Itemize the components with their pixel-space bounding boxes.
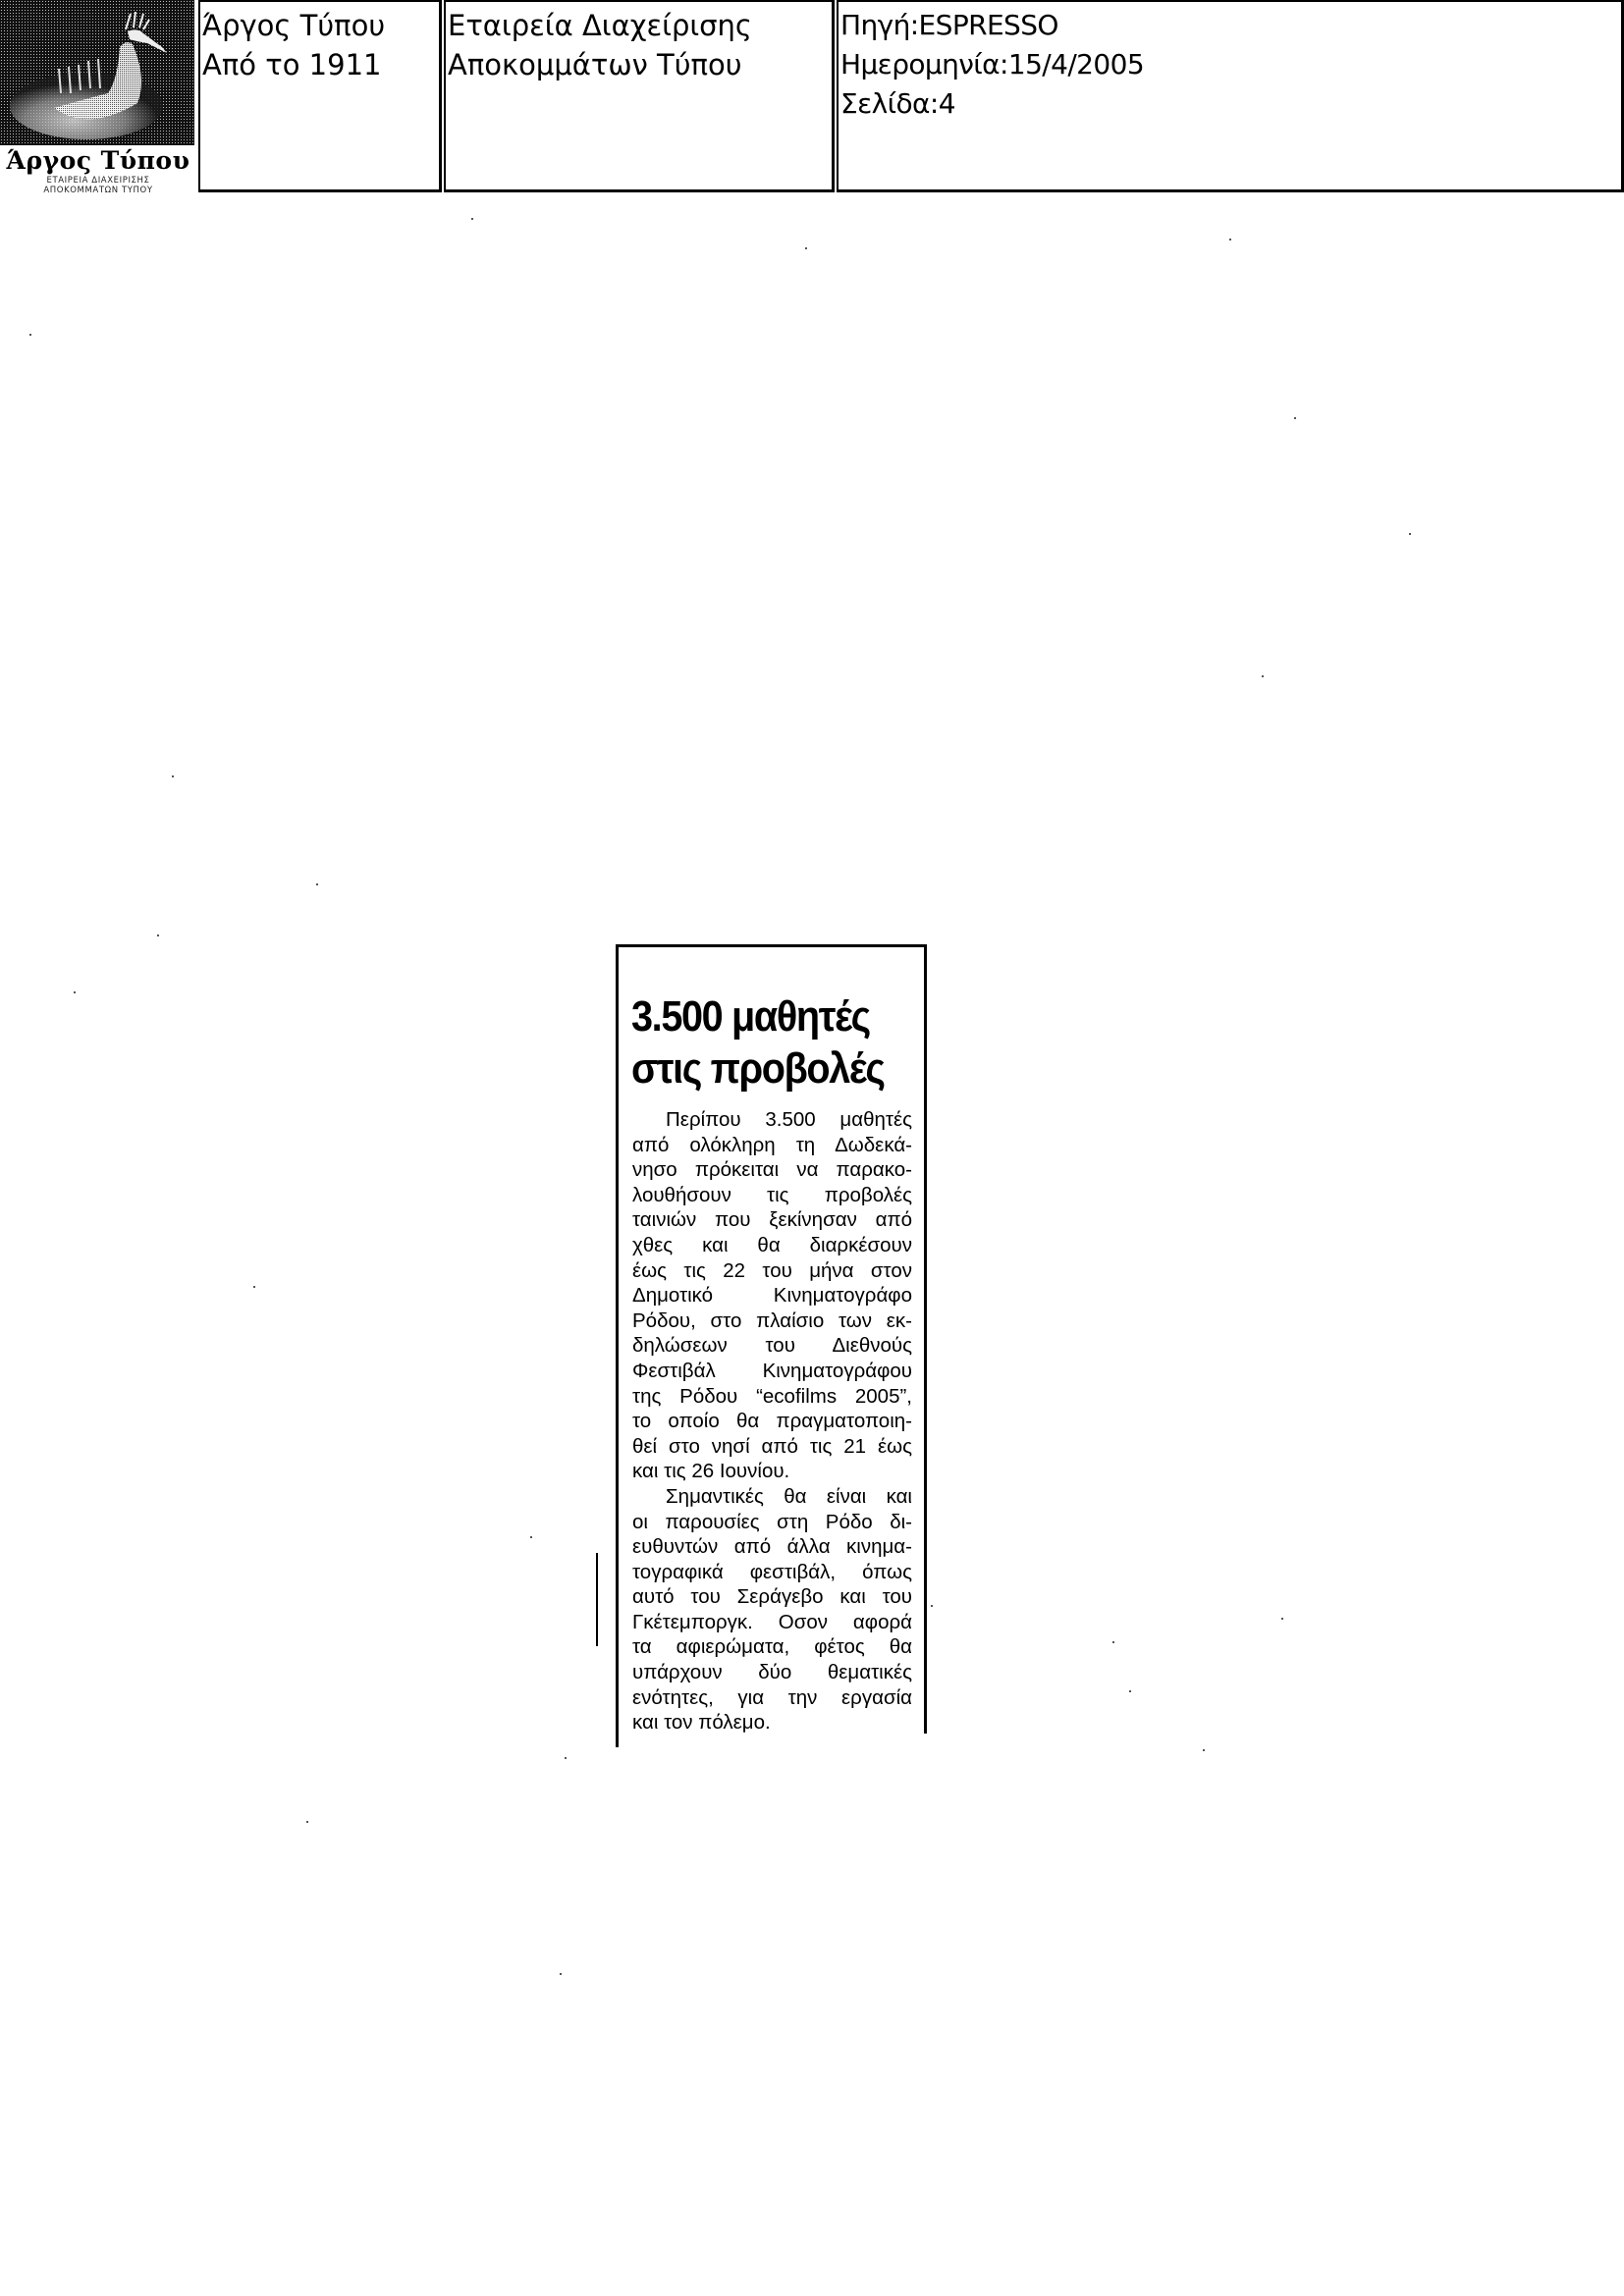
body-line: αυτό του Σεράγεβο και του — [632, 1584, 912, 1610]
logo-subtitle-line-1: ΕΤΑΙΡΕΙΑ ΔΙΑΧΕΙΡΙΣΗΣ — [0, 177, 196, 186]
agency-since: Από το 1911 — [202, 45, 437, 84]
headline-line-1: 3.500 μαθητές — [631, 990, 896, 1042]
article-frame-right-rule — [924, 944, 927, 1734]
scan-speck — [1294, 417, 1296, 419]
article-headline: 3.500 μαθητές στις προβολές — [631, 990, 896, 1095]
body-line: και τις 26 Ιουνίου. — [632, 1459, 912, 1484]
company-line-1: Εταιρεία Διαχείρισης — [448, 6, 830, 45]
company-line-2: Αποκομμάτων Τύπου — [448, 45, 830, 84]
body-line: Ρόδου, στο πλαίσιο των εκ- — [632, 1308, 912, 1334]
body-line: Περίπου 3.500 μαθητές — [632, 1107, 912, 1133]
scan-speck — [306, 1821, 308, 1823]
body-line: λουθήσουν τις προβολές — [632, 1183, 912, 1208]
scan-speck — [1409, 533, 1411, 535]
agency-name: Άργος Τύπου — [202, 6, 437, 45]
logo-title: Άργος Τύπου — [0, 147, 196, 175]
scan-artifact-line — [596, 1553, 598, 1646]
source-label: Πηγή:ESPRESSO — [840, 6, 1619, 45]
body-line: δηλώσεων του Διεθνούς — [632, 1333, 912, 1359]
scan-speck — [157, 934, 159, 936]
body-line: από ολόκληρη τη Δωδεκά- — [632, 1133, 912, 1158]
headline-line-2: στις προβολές — [631, 1042, 896, 1095]
body-line: χθες και θα διαρκέσουν — [632, 1233, 912, 1258]
scan-speck — [565, 1757, 567, 1759]
scan-speck — [1129, 1690, 1131, 1692]
body-line: υπάρχουν δύο θεματικές — [632, 1660, 912, 1685]
body-line: το οποίο θα πραγματοποιη- — [632, 1409, 912, 1434]
body-line: ευθυντών από άλλα κινημα- — [632, 1534, 912, 1560]
scan-speck — [1262, 675, 1264, 677]
body-line: ενότητες, για την εργασία — [632, 1685, 912, 1711]
date-label: Ημερομηνία:15/4/2005 — [840, 45, 1619, 84]
scan-speck — [805, 247, 807, 249]
scan-speck — [471, 218, 473, 220]
scan-speck — [29, 334, 31, 336]
body-line: τογραφικά φεστιβάλ, όπως — [632, 1560, 912, 1585]
body-line: και τον πόλεμο. — [632, 1710, 912, 1735]
body-line: οι παρουσίες στη Ρόδο δι- — [632, 1510, 912, 1535]
body-line: Σημαντικές θα είναι και — [632, 1484, 912, 1510]
logo-subtitle-line-2: ΑΠΟΚΟΜΜΑΤΩΝ ΤΥΠΟΥ — [0, 187, 196, 195]
header-box-company: Εταιρεία Διαχείρισης Αποκομμάτων Τύπου — [444, 0, 835, 192]
body-line: έως τις 22 του μήνα στον — [632, 1258, 912, 1284]
scan-speck — [530, 1536, 532, 1538]
scan-speck — [1229, 239, 1231, 240]
peacock-logo-icon — [0, 0, 196, 147]
article-body: Περίπου 3.500 μαθητές από ολόκληρη τη Δω… — [632, 1107, 912, 1735]
body-line: θεί στο νησί από τις 21 έως — [632, 1434, 912, 1460]
scan-speck — [560, 1973, 562, 1975]
scan-speck — [1281, 1618, 1283, 1620]
body-line: Γκέτεμποργκ. Οσον αφορά — [632, 1610, 912, 1635]
page-label: Σελίδα:4 — [840, 84, 1619, 124]
header-box-source-info: Πηγή:ESPRESSO Ημερομηνία:15/4/2005 Σελίδ… — [837, 0, 1624, 192]
scan-speck — [74, 991, 76, 993]
body-line: ταινιών που ξεκίνησαν από — [632, 1207, 912, 1233]
body-line: τα αφιερώματα, φέτος θα — [632, 1634, 912, 1660]
argos-typou-logo: Άργος Τύπου ΕΤΑΙΡΕΙΑ ΔΙΑΧΕΙΡΙΣΗΣ ΑΠΟΚΟΜΜ… — [0, 0, 196, 196]
scan-speck — [1112, 1641, 1114, 1643]
body-line: Δημοτικό Κινηματογράφο — [632, 1283, 912, 1308]
body-line: της Ρόδου “ecofilms 2005”, — [632, 1384, 912, 1410]
header-box-agency: Άργος Τύπου Από το 1911 — [198, 0, 442, 192]
body-line: Φεστιβάλ Κινηματογράφου — [632, 1359, 912, 1384]
scan-speck — [1203, 1749, 1205, 1751]
scan-speck — [253, 1286, 255, 1288]
scan-speck — [316, 883, 318, 885]
body-line: νησο πρόκειται να παρακο- — [632, 1157, 912, 1183]
scan-speck — [172, 775, 174, 777]
scan-speck — [931, 1605, 933, 1607]
